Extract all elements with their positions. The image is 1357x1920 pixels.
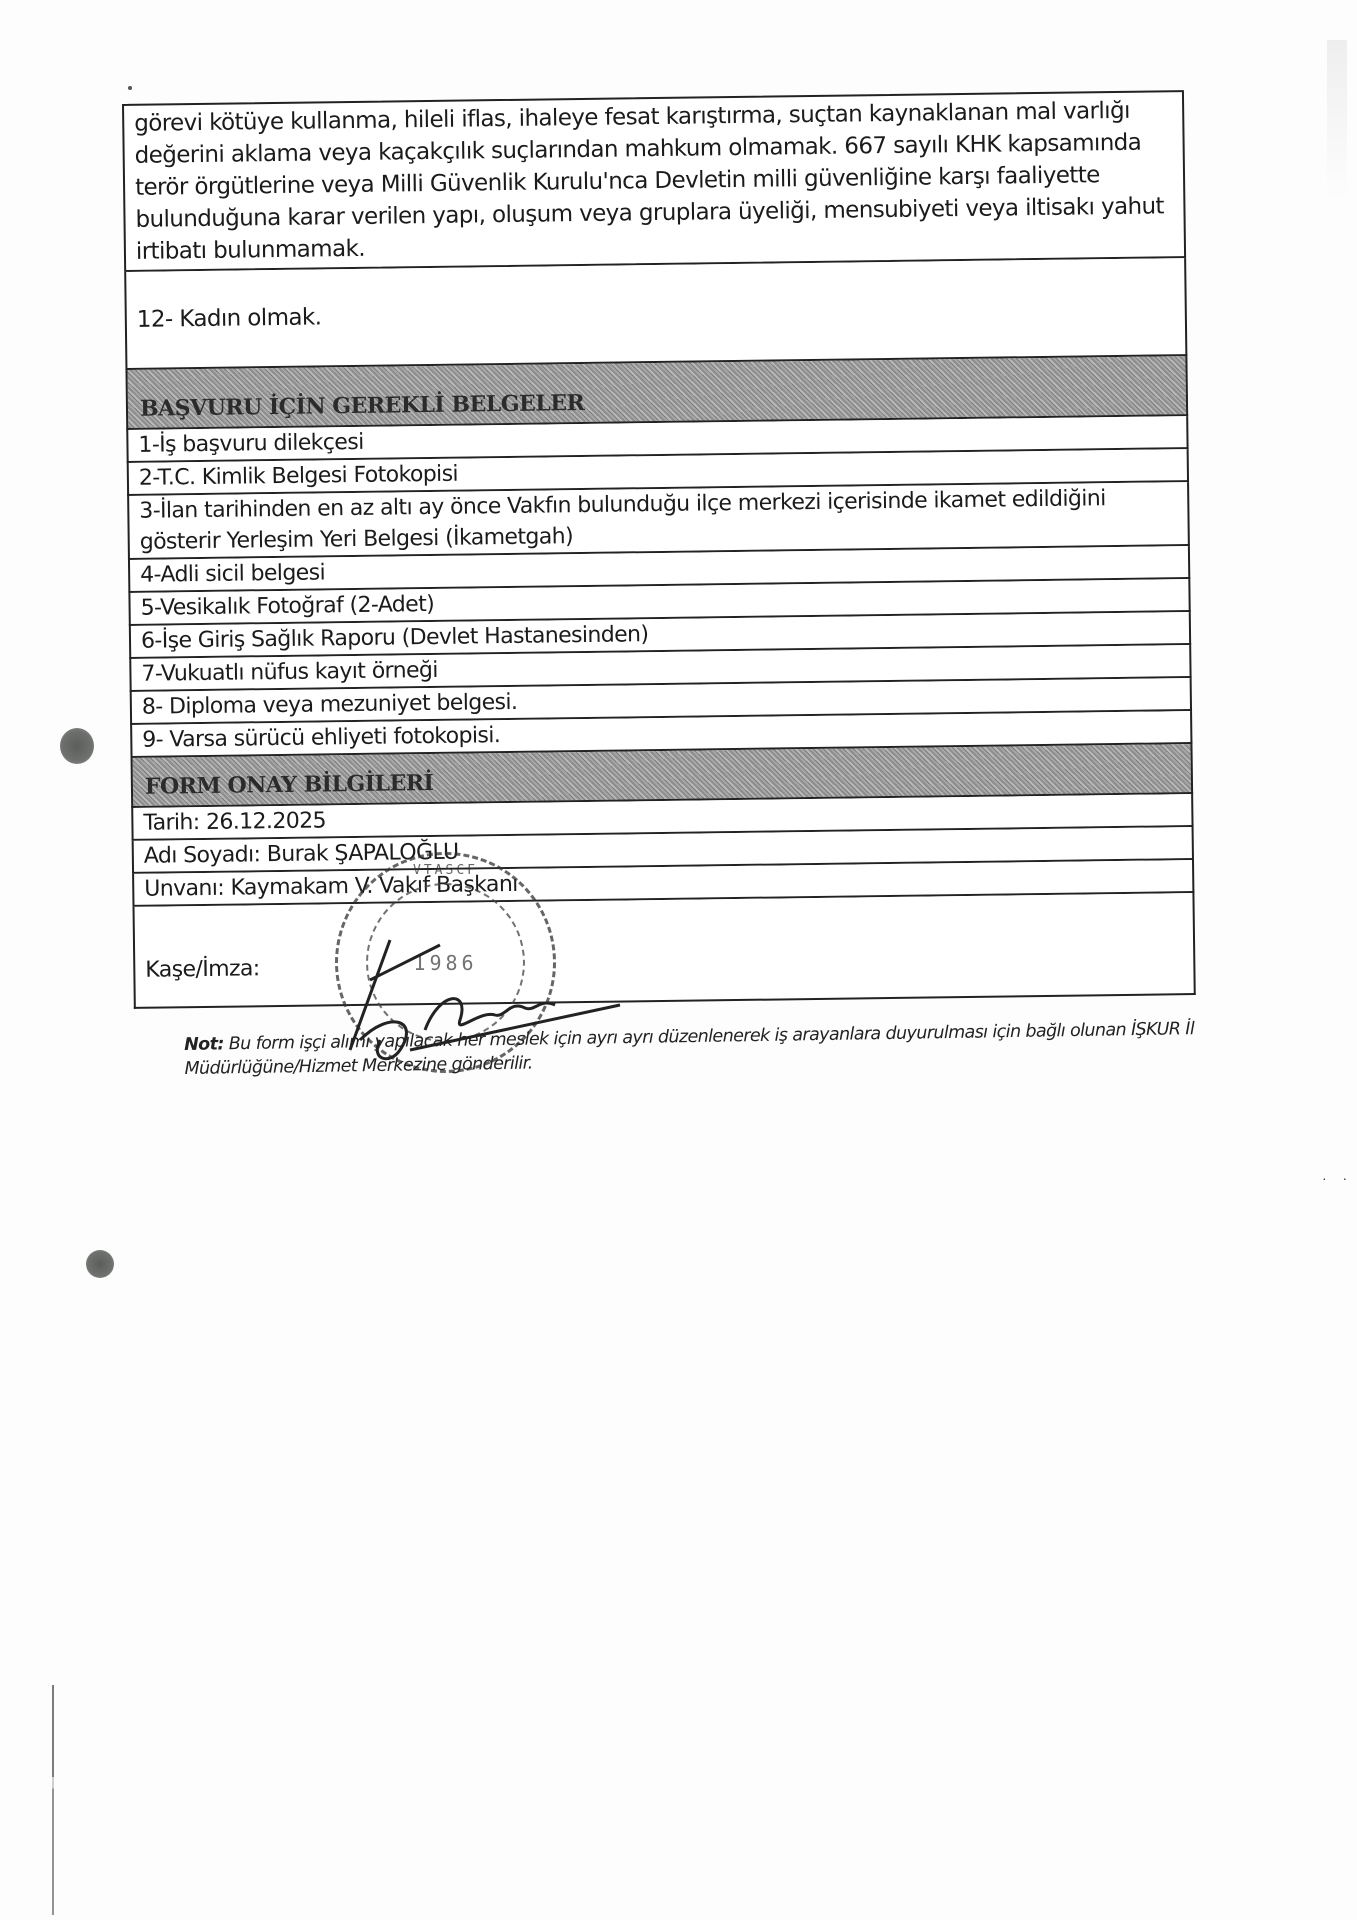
- stamp-signature-label: Kaşe/İmza:: [135, 951, 270, 989]
- eligibility-paragraph-cell: görevi kötüye kullanma, hileli iflas, ih…: [122, 90, 1186, 272]
- scan-dots: · ·: [1322, 1170, 1353, 1186]
- approval-section: Tarih: 26.12.2025 Adı Soyadı: Burak ŞAPA…: [131, 794, 1196, 1009]
- eligibility-paragraph: görevi kötüye kullanma, hileli iflas, ih…: [124, 92, 1184, 270]
- hole-punch-mark: [60, 728, 94, 764]
- requirement-12-cell: 12- Kadın olmak.: [124, 258, 1187, 370]
- scan-edge-line: [52, 1685, 54, 1915]
- required-documents-heading: BAŞVURU İÇİN GEREKLİ BELGELER: [140, 390, 585, 422]
- stamp-top-text: VTASCF: [338, 863, 553, 878]
- scan-edge-artifact: [1327, 40, 1347, 200]
- stamp-signature-cell: Kaşe/İmza:: [133, 893, 1196, 1009]
- form-approval-heading: FORM ONAY BİLGİLERİ: [145, 770, 434, 800]
- scanned-page: görevi kötüye kullanma, hileli iflas, ih…: [0, 0, 1357, 1920]
- requirement-12: 12- Kadın olmak.: [127, 299, 332, 338]
- note-label: Not:: [184, 1034, 224, 1055]
- scan-dot: [128, 86, 132, 90]
- application-form-table: görevi kötüye kullanma, hileli iflas, ih…: [122, 90, 1196, 1009]
- hole-punch-mark: [86, 1250, 114, 1278]
- document-item-text: 3-İlan tarihinden en az altı ay önce Vak…: [129, 482, 1188, 558]
